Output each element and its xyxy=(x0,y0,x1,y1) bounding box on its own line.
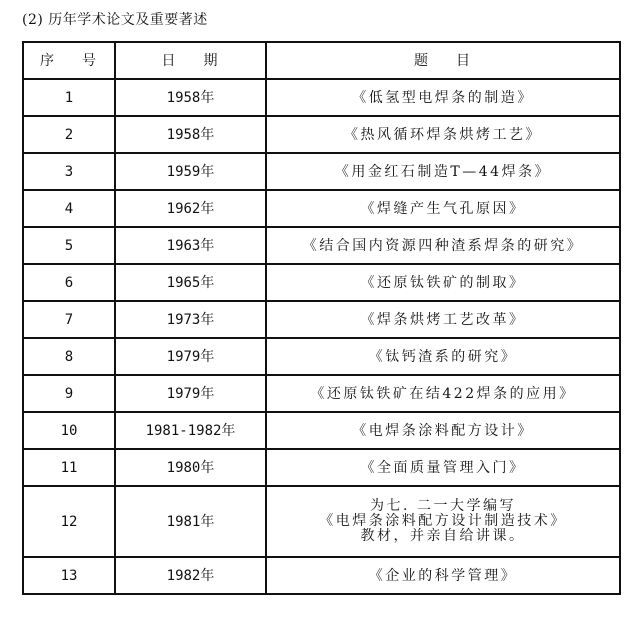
row-title: 《低氢型电焊条的制造》 xyxy=(266,79,620,116)
table-row: 31959年《用金红石制造T—44焊条》 xyxy=(23,153,620,190)
header-date: 日期 xyxy=(115,42,266,79)
header-title: 题目 xyxy=(266,42,620,79)
table-row: 101981-1982年《电焊条涂料配方设计》 xyxy=(23,412,620,449)
row-number: 7 xyxy=(23,301,115,338)
row-title: 《还原钛铁矿的制取》 xyxy=(266,264,620,301)
table-row: 91979年《还原钛铁矿在结422焊条的应用》 xyxy=(23,375,620,412)
table-row: 81979年《钛钙渣系的研究》 xyxy=(23,338,620,375)
title-line: 为七. 二一大学编写 xyxy=(267,499,619,514)
row-date: 1959年 xyxy=(115,153,266,190)
header-seq: 序号 xyxy=(23,42,115,79)
row-title: 《电焊条涂料配方设计》 xyxy=(266,412,620,449)
row-number: 9 xyxy=(23,375,115,412)
row-date: 1973年 xyxy=(115,301,266,338)
row-date: 1958年 xyxy=(115,116,266,153)
title-line: 教材，并亲自给讲课。 xyxy=(267,529,619,544)
table-row: 41962年《焊缝产生气孔原因》 xyxy=(23,190,620,227)
row-date: 1979年 xyxy=(115,338,266,375)
row-date: 1963年 xyxy=(115,227,266,264)
table-header-row: 序号 日期 题目 xyxy=(23,42,620,79)
row-number: 5 xyxy=(23,227,115,264)
row-title: 《全面质量管理入门》 xyxy=(266,449,620,486)
row-number: 10 xyxy=(23,412,115,449)
row-number: 2 xyxy=(23,116,115,153)
table-row: 11958年《低氢型电焊条的制造》 xyxy=(23,79,620,116)
row-title: 《焊缝产生气孔原因》 xyxy=(266,190,620,227)
section-title: (2) 历年学术论文及重要著述 xyxy=(22,9,208,29)
row-date: 1981年 xyxy=(115,486,266,557)
row-number: 11 xyxy=(23,449,115,486)
row-title: 《焊条烘烤工艺改革》 xyxy=(266,301,620,338)
row-title: 《企业的科学管理》 xyxy=(266,557,620,594)
table-row: 51963年《结合国内资源四种渣系焊条的研究》 xyxy=(23,227,620,264)
row-number: 1 xyxy=(23,79,115,116)
row-date: 1965年 xyxy=(115,264,266,301)
title-line: 《电焊条涂料配方设计制造技术》 xyxy=(267,514,619,529)
row-number: 13 xyxy=(23,557,115,594)
row-number: 4 xyxy=(23,190,115,227)
table-row: 71973年《焊条烘烤工艺改革》 xyxy=(23,301,620,338)
row-number: 3 xyxy=(23,153,115,190)
table-row: 61965年《还原钛铁矿的制取》 xyxy=(23,264,620,301)
table-row: 131982年《企业的科学管理》 xyxy=(23,557,620,594)
works-table: 序号 日期 题目 11958年《低氢型电焊条的制造》 21958年《热风循环焊条… xyxy=(22,41,621,595)
table-row: 21958年《热风循环焊条烘烤工艺》 xyxy=(23,116,620,153)
row-title: 《用金红石制造T—44焊条》 xyxy=(266,153,620,190)
row-title: 《钛钙渣系的研究》 xyxy=(266,338,620,375)
row-title: 《还原钛铁矿在结422焊条的应用》 xyxy=(266,375,620,412)
row-number: 12 xyxy=(23,486,115,557)
row-title: 为七. 二一大学编写 《电焊条涂料配方设计制造技术》 教材，并亲自给讲课。 xyxy=(266,486,620,557)
row-title: 《结合国内资源四种渣系焊条的研究》 xyxy=(266,227,620,264)
row-date: 1958年 xyxy=(115,79,266,116)
row-date: 1982年 xyxy=(115,557,266,594)
row-date: 1980年 xyxy=(115,449,266,486)
row-number: 6 xyxy=(23,264,115,301)
row-title: 《热风循环焊条烘烤工艺》 xyxy=(266,116,620,153)
row-date: 1979年 xyxy=(115,375,266,412)
row-date: 1962年 xyxy=(115,190,266,227)
row-number: 8 xyxy=(23,338,115,375)
table-row: 12 1981年 为七. 二一大学编写 《电焊条涂料配方设计制造技术》 教材，并… xyxy=(23,486,620,557)
row-date: 1981-1982年 xyxy=(115,412,266,449)
table-row: 111980年《全面质量管理入门》 xyxy=(23,449,620,486)
